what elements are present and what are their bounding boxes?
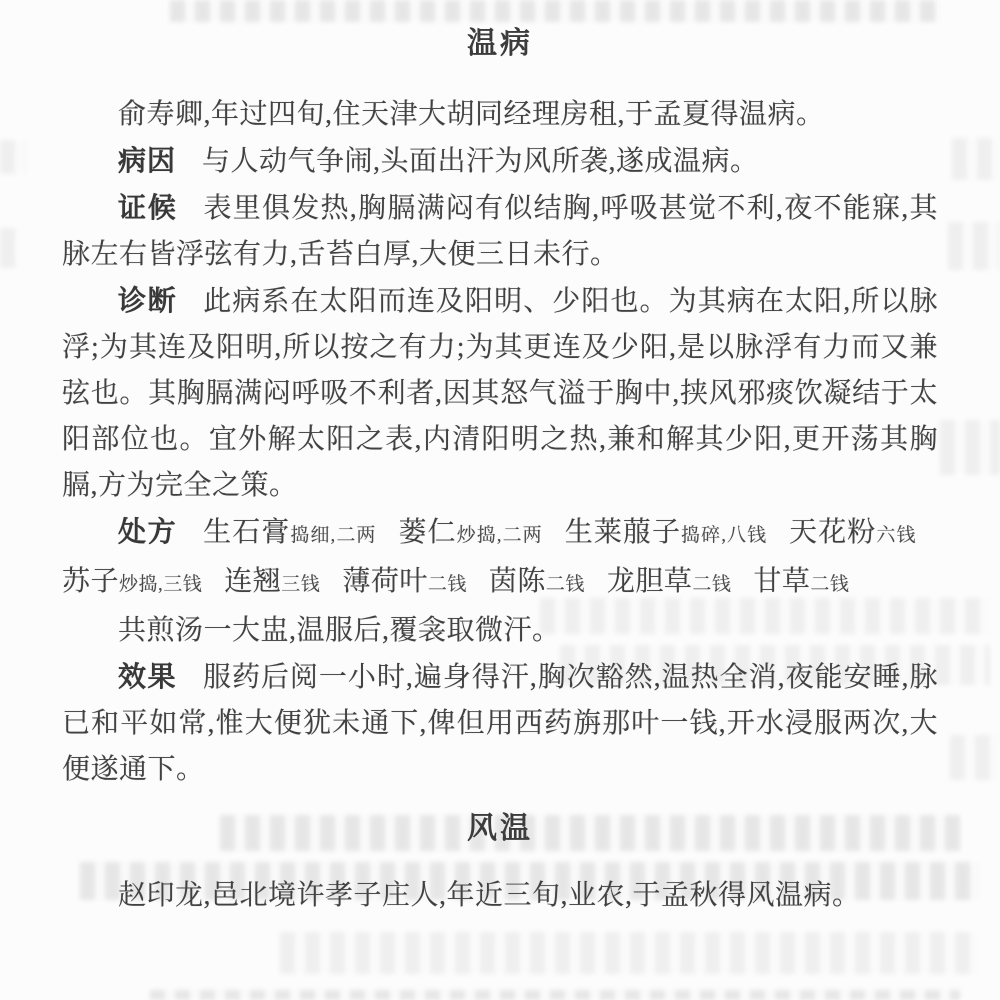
herb-item: 连翘三钱 <box>224 566 320 597</box>
herb-name: 生莱菔子 <box>565 517 681 548</box>
section-title-wenbing: 温病 <box>62 26 938 62</box>
herb-dosage-note: 炒捣,三钱 <box>119 574 202 595</box>
herb-name: 甘草 <box>753 566 810 597</box>
book-page-scan: 温病 俞寿卿,年过四旬,住天津大胡同经理房租,于孟夏得温病。 病因与人动气争闹,… <box>0 0 1000 1000</box>
bleed-through-artifact <box>150 990 960 1000</box>
herb-dosage-note: 二钱 <box>692 574 731 595</box>
page-content: 温病 俞寿卿,年过四旬,住天津大胡同经理房租,于孟夏得温病。 病因与人动气争闹,… <box>62 0 938 919</box>
herb-name: 天花粉 <box>789 517 876 548</box>
prescription-label: 处方 <box>118 516 177 547</box>
cause-label: 病因 <box>118 145 176 176</box>
herb-dosage-note: 二钱 <box>546 574 585 595</box>
section-title-fengwen: 风温 <box>62 811 938 847</box>
bleed-through-artifact <box>280 932 980 974</box>
herb-dosage-note: 捣细,二两 <box>290 525 376 546</box>
herb-dosage-note: 二钱 <box>428 574 467 595</box>
bleed-through-artifact <box>948 222 1000 270</box>
bleed-through-artifact <box>940 420 1000 475</box>
herb-dosage-note: 六钱 <box>876 525 916 546</box>
effect-paragraph: 效果服药后阅一小时,遍身得汗,胸次豁然,温热全消,夜能安睡,脉已和平如常,惟大便… <box>62 654 938 793</box>
herb-item: 龙胆草二钱 <box>607 566 732 597</box>
herb-dosage-note: 三钱 <box>281 574 320 595</box>
herb-name: 蒌仁 <box>398 517 456 548</box>
cause-paragraph: 病因与人动气争闹,头面出汗为风所袭,遂成温病。 <box>62 138 938 185</box>
intro-paragraph-2: 赵印龙,邑北境许孝子庄人,年近三旬,业农,于孟秋得风温病。 <box>62 873 938 919</box>
prescription-paragraph: 处方生石膏捣细,二两蒌仁炒捣,二两生莱菔子捣碎,八钱天花粉六钱苏子炒捣,三钱连翘… <box>62 509 938 608</box>
herb-name: 生石膏 <box>203 517 290 548</box>
herb-dosage-note: 捣碎,八钱 <box>681 525 767 546</box>
diagnosis-paragraph: 诊断此病系在太阳而连及阳明、少阳也。为其病在太阳,所以脉浮;为其连及阳明,所以按… <box>62 278 938 509</box>
herb-item: 蒌仁炒捣,二两 <box>398 517 542 548</box>
herb-name: 薄荷叶 <box>342 566 428 597</box>
herb-item: 生石膏捣细,二两 <box>203 517 376 548</box>
bleed-through-artifact <box>0 140 26 174</box>
herb-name: 茵陈 <box>489 566 546 597</box>
herb-dosage-note: 二钱 <box>810 574 849 595</box>
herb-item: 薄荷叶二钱 <box>342 566 467 597</box>
effect-text: 服药后阅一小时,遍身得汗,胸次豁然,温热全消,夜能安睡,脉已和平如常,惟大便犹未… <box>62 662 938 785</box>
symptoms-label: 证候 <box>118 192 178 223</box>
cause-text: 与人动气争闹,头面出汗为风所袭,遂成温病。 <box>202 146 759 177</box>
herb-dosage-note: 炒捣,二两 <box>457 525 543 546</box>
herb-name: 连翘 <box>224 566 281 597</box>
effect-label: 效果 <box>118 661 177 692</box>
bleed-through-artifact <box>0 228 20 268</box>
symptoms-text: 表里俱发热,胸膈满闷有似结胸,呼吸甚觉不利,夜不能寐,其脉左右皆浮弦有力,舌苔白… <box>62 193 938 270</box>
herb-item: 天花粉六钱 <box>789 517 916 548</box>
herb-item: 茵陈二钱 <box>489 566 585 597</box>
diagnosis-label: 诊断 <box>118 285 177 316</box>
herb-name: 苏子 <box>62 566 119 597</box>
herb-name: 龙胆草 <box>607 566 693 597</box>
herb-item: 生莱菔子捣碎,八钱 <box>565 517 767 548</box>
herb-item: 苏子炒捣,三钱 <box>62 566 202 597</box>
herb-item: 甘草二钱 <box>753 566 849 597</box>
symptoms-paragraph: 证候表里俱发热,胸膈满闷有似结胸,呼吸甚觉不利,夜不能寐,其脉左右皆浮弦有力,舌… <box>62 185 938 278</box>
bleed-through-artifact <box>952 138 1000 180</box>
diagnosis-text: 此病系在太阳而连及阳明、少阳也。为其病在太阳,所以脉浮;为其连及阳明,所以按之有… <box>62 286 938 501</box>
usage-paragraph: 共煎汤一大盅,温服后,覆衾取微汗。 <box>62 608 938 654</box>
bleed-through-artifact <box>950 735 1000 780</box>
intro-paragraph: 俞寿卿,年过四旬,住天津大胡同经理房租,于孟夏得温病。 <box>62 92 938 138</box>
